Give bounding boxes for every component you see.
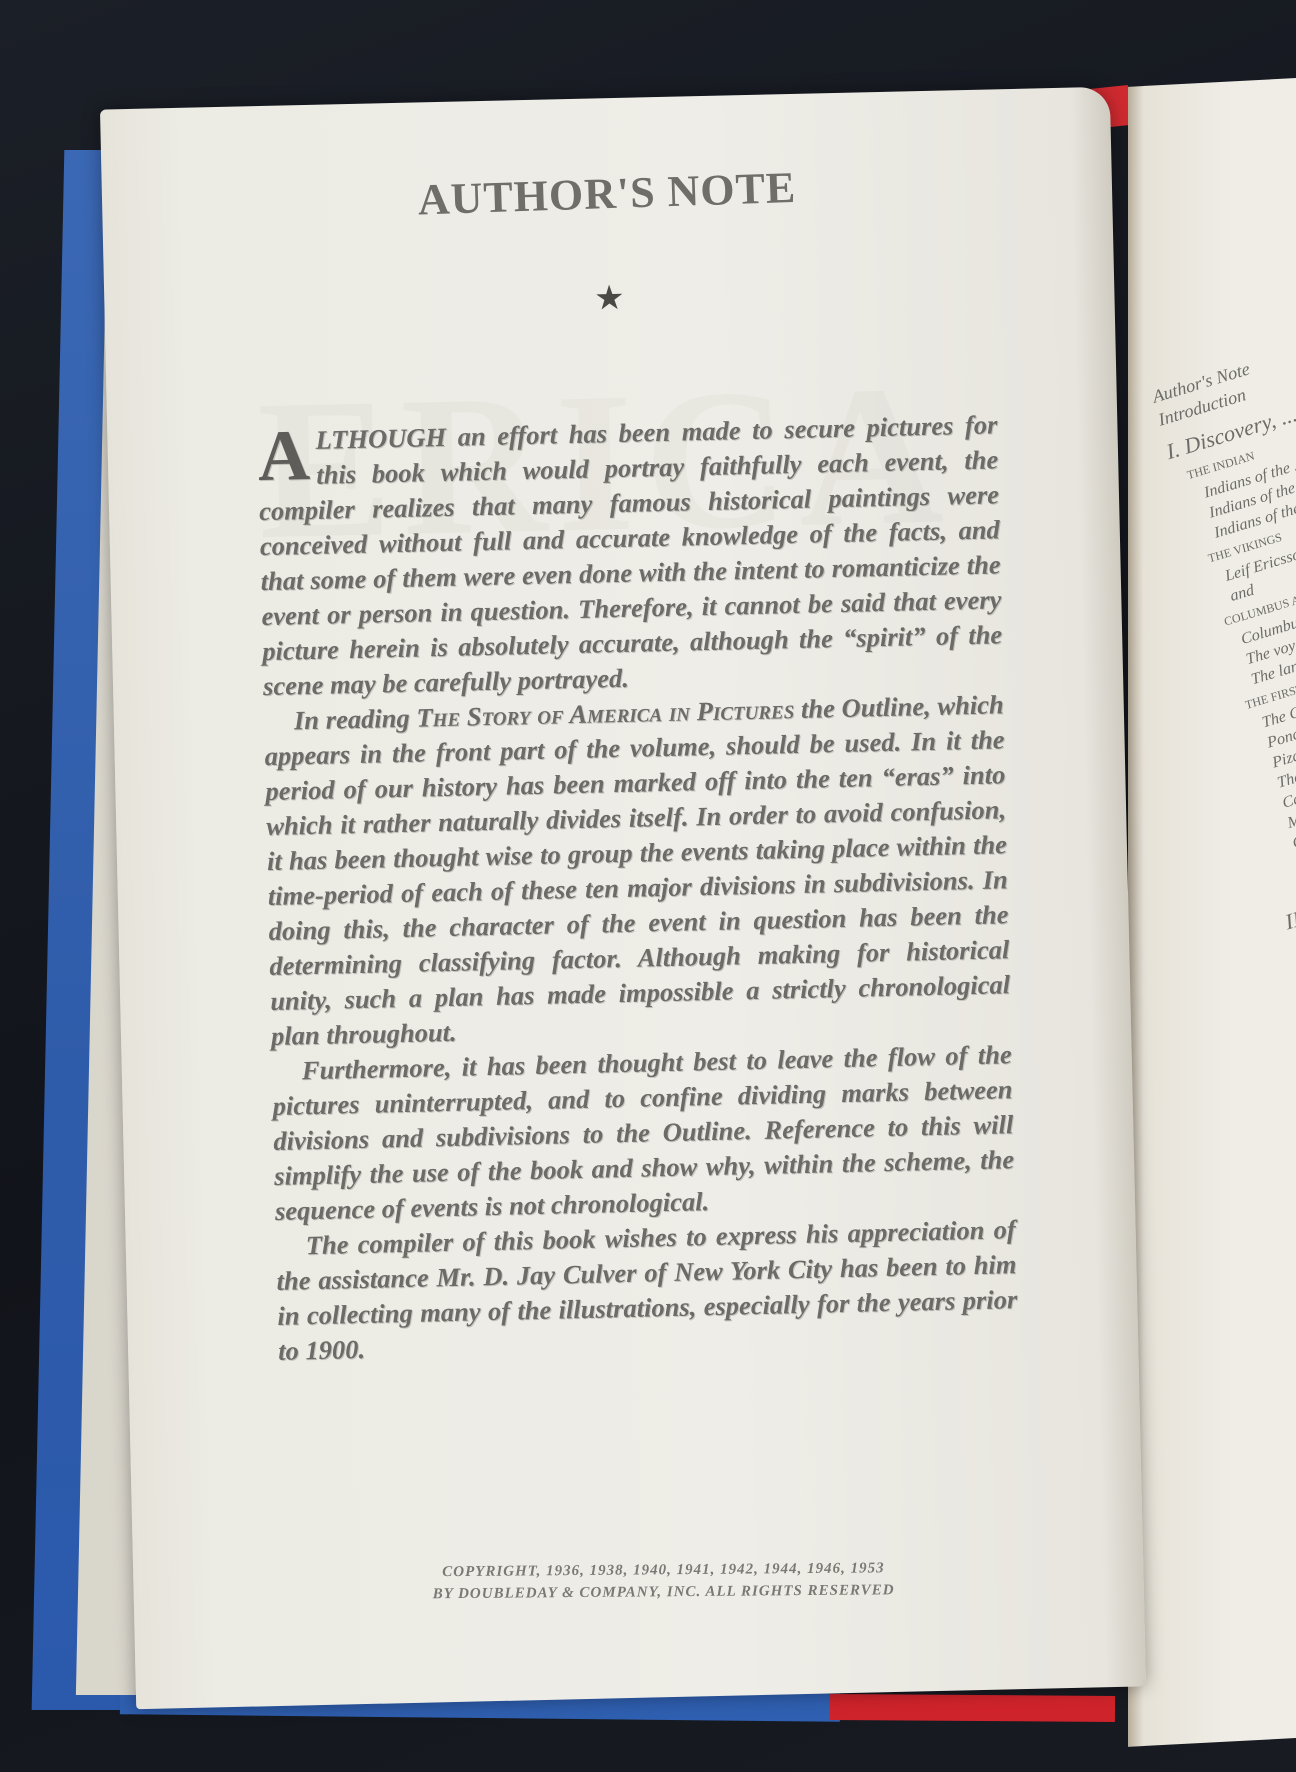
copyright-publisher: by Doubleday & Company, Inc. All Rights …: [364, 1579, 964, 1606]
table-of-contents: Author's NoteIntroductionI. Discovery, .…: [1150, 315, 1296, 1125]
copyright-notice: Copyright, 1936, 1938, 1940, 1941, 1942,…: [363, 1557, 963, 1606]
body-text: ALTHOUGH an effort has been made to secu…: [257, 407, 1018, 1369]
star-ornament-icon: ★: [104, 267, 1115, 330]
right-page: Author's NoteIntroductionI. Discovery, .…: [1128, 73, 1296, 1747]
paragraph-1: ALTHOUGH an effort has been made to secu…: [257, 407, 1003, 704]
left-page: ERICA AUTHOR'S NOTE ★ ALTHOUGH an effort…: [100, 87, 1146, 1710]
paragraph-3: Furthermore, it has been thought best to…: [271, 1037, 1015, 1229]
lead-in: LTHOUGH: [315, 422, 446, 455]
paragraph-2: In reading The Story of America in Pictu…: [264, 687, 1012, 1054]
page-title: AUTHOR'S NOTE: [101, 151, 1112, 235]
toc-section: II. Colonization: [1283, 841, 1296, 934]
drop-cap: A: [257, 425, 310, 486]
paragraph-4: The compiler of this book wishes to expr…: [275, 1212, 1018, 1369]
book-cover-bottom-red: [830, 1694, 1115, 1722]
book-title: The Story of America in Pictures: [416, 694, 794, 733]
